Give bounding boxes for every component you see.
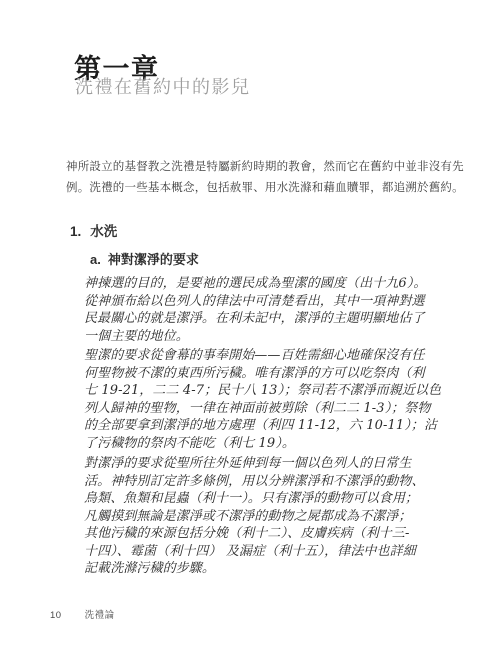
intro-line: 例。洗禮的一些基本概念，包括赦罪、用水洗滌和藉血贖罪，都追溯於舊約。	[66, 178, 466, 199]
book-title: 洗禮論	[85, 607, 115, 621]
section-number: 1.	[70, 224, 81, 239]
subsection-letter: a.	[90, 252, 101, 267]
paragraph-line: 何聖物被不潔的東西所污穢。唯有潔淨的方可以吃祭肉（利	[84, 365, 449, 383]
paragraph-line: 凡觸摸到無論是潔淨或不潔淨的動物之屍都成為不潔淨；	[84, 508, 449, 526]
paragraph-line: 十四）、霉菌（利十四） 及漏症（利十五），律法中也詳細	[84, 543, 449, 561]
intro-paragraph: 神所設立的基督教之洗禮是特屬新約時期的教會，然而它在舊約中並非沒有先 例。洗禮的…	[66, 157, 466, 199]
body-paragraph-3: 對潔淨的要求從聖所往外延伸到每一個以色列人的日常生 活。神特別訂定許多條例，用以…	[84, 455, 449, 578]
intro-line: 神所設立的基督教之洗禮是特屬新約時期的教會，然而它在舊約中並非沒有先	[66, 157, 466, 178]
book-page: 第一章 洗禮在舊約中的影兒 神所設立的基督教之洗禮是特屬新約時期的教會，然而它在…	[0, 0, 500, 650]
page-footer: 10 洗禮論	[50, 607, 115, 621]
paragraph-line: 對潔淨的要求從聖所往外延伸到每一個以色列人的日常生	[84, 455, 449, 473]
body-paragraph-1: 神揀選的目的，是要祂的選民成為聖潔的國度（出十九6）。 從神頒布給以色列人的律法…	[84, 275, 449, 345]
subsection-heading-cleanliness: a.神對潔淨的要求	[90, 249, 199, 268]
paragraph-line: 了污穢物的祭肉不能吃（利七 19）。	[84, 435, 449, 453]
body-paragraph-2: 聖潔的要求從會幕的事奉開始——百姓需細心地確保沒有任 何聖物被不潔的東西所污穢。…	[84, 347, 449, 452]
paragraph-line: 的全部要拿到潔淨的地方處理（利四 11-12，六 10-11）；沾	[84, 417, 449, 435]
page-number: 10	[50, 610, 62, 621]
paragraph-line: 民最關心的就是潔淨。在利未記中，潔淨的主題明顯地佔了	[84, 310, 449, 328]
chapter-subtitle: 洗禮在舊約中的影兒	[75, 73, 251, 99]
section-heading-water-washing: 1.水洗	[70, 220, 117, 240]
paragraph-line: 其他污穢的來源包括分娩（利十二）、皮膚疾病（利十三-	[84, 525, 449, 543]
subsection-title: 神對潔淨的要求	[108, 252, 199, 267]
paragraph-line: 列人歸神的聖物，一律在神面前被剪除（利二二 1-3）；祭物	[84, 400, 449, 418]
paragraph-line: 鳥類、魚類和昆蟲（利十一）。只有潔淨的動物可以食用；	[84, 490, 449, 508]
paragraph-line: 從神頒布給以色列人的律法中可清楚看出，其中一項神對選	[84, 293, 449, 311]
paragraph-line: 一個主要的地位。	[84, 328, 449, 346]
section-title: 水洗	[90, 224, 117, 239]
paragraph-line: 活。神特別訂定許多條例，用以分辨潔淨和不潔淨的動物、	[84, 473, 449, 491]
paragraph-line: 聖潔的要求從會幕的事奉開始——百姓需細心地確保沒有任	[84, 347, 449, 365]
paragraph-line: 記載洗滌污穢的步驟。	[84, 560, 449, 578]
paragraph-line: 神揀選的目的，是要祂的選民成為聖潔的國度（出十九6）。	[84, 275, 449, 293]
paragraph-line: 七 19-21，二二 4-7；民十八 13）；祭司若不潔淨而親近以色	[84, 382, 449, 400]
